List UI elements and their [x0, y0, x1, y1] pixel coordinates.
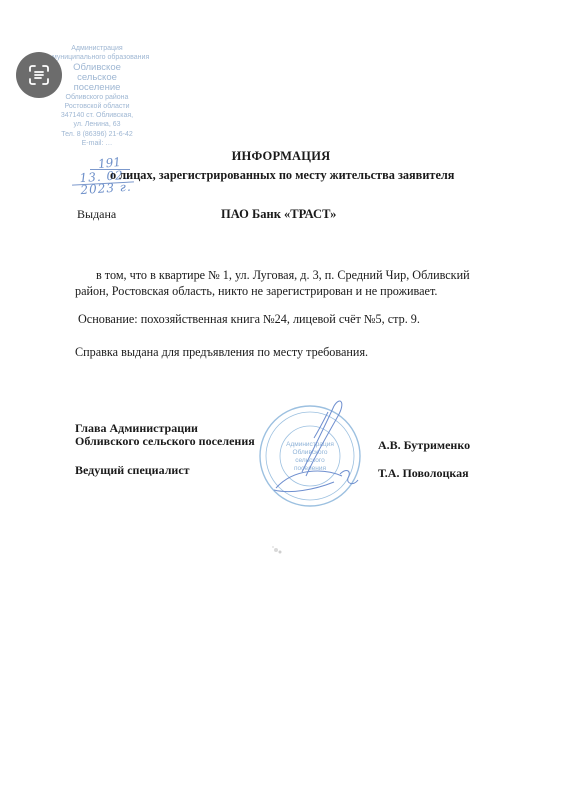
stamp-line: Администрация: [52, 44, 142, 53]
seal-line: Администрация: [286, 441, 334, 448]
stamp-line: Обливского района: [52, 93, 142, 102]
body-text-line2: район, Ростовская область, никто не заре…: [75, 284, 437, 299]
seal-line: сельского: [295, 457, 325, 464]
scan-text-icon: [27, 63, 51, 87]
issued-label: Выдана: [77, 207, 116, 222]
purpose-text: Справка выдана для предъявления по месту…: [75, 345, 368, 360]
specialist-title: Ведущий специалист: [75, 463, 190, 478]
body-text-line1: в том, что в квартире № 1, ул. Луговая, …: [96, 268, 470, 283]
stamp-line: Ростовской области: [52, 102, 142, 111]
document-title: ИНФОРМАЦИЯ: [0, 149, 562, 164]
stamp-line: Тел. 8 (86396) 21-6-42: [52, 130, 142, 139]
basis-text: Основание: похозяйственная книга №24, ли…: [78, 312, 420, 327]
stamp-line: 347140 ст. Обливская,: [52, 111, 142, 120]
scan-text-button[interactable]: [16, 52, 62, 98]
corner-stamp: Администрация муниципального образования…: [52, 44, 142, 148]
specialist-name: Т.А. Поволоцкая: [378, 466, 469, 481]
stamp-line: ул. Ленина, 63: [52, 120, 142, 129]
stamp-line: E-mail: …: [52, 139, 142, 148]
stamp-line: поселение: [52, 83, 142, 93]
scan-smudge: [268, 542, 286, 556]
head-name: А.В. Бутрименко: [378, 438, 470, 453]
round-seal: Администрация Обливского сельского посел…: [254, 398, 366, 510]
head-title-line2: Обливского сельского поселения: [75, 434, 255, 449]
issued-to: ПАО Банк «ТРАСТ»: [221, 207, 336, 222]
document-subtitle: о лицах, зарегистрированных по месту жит…: [110, 168, 454, 183]
